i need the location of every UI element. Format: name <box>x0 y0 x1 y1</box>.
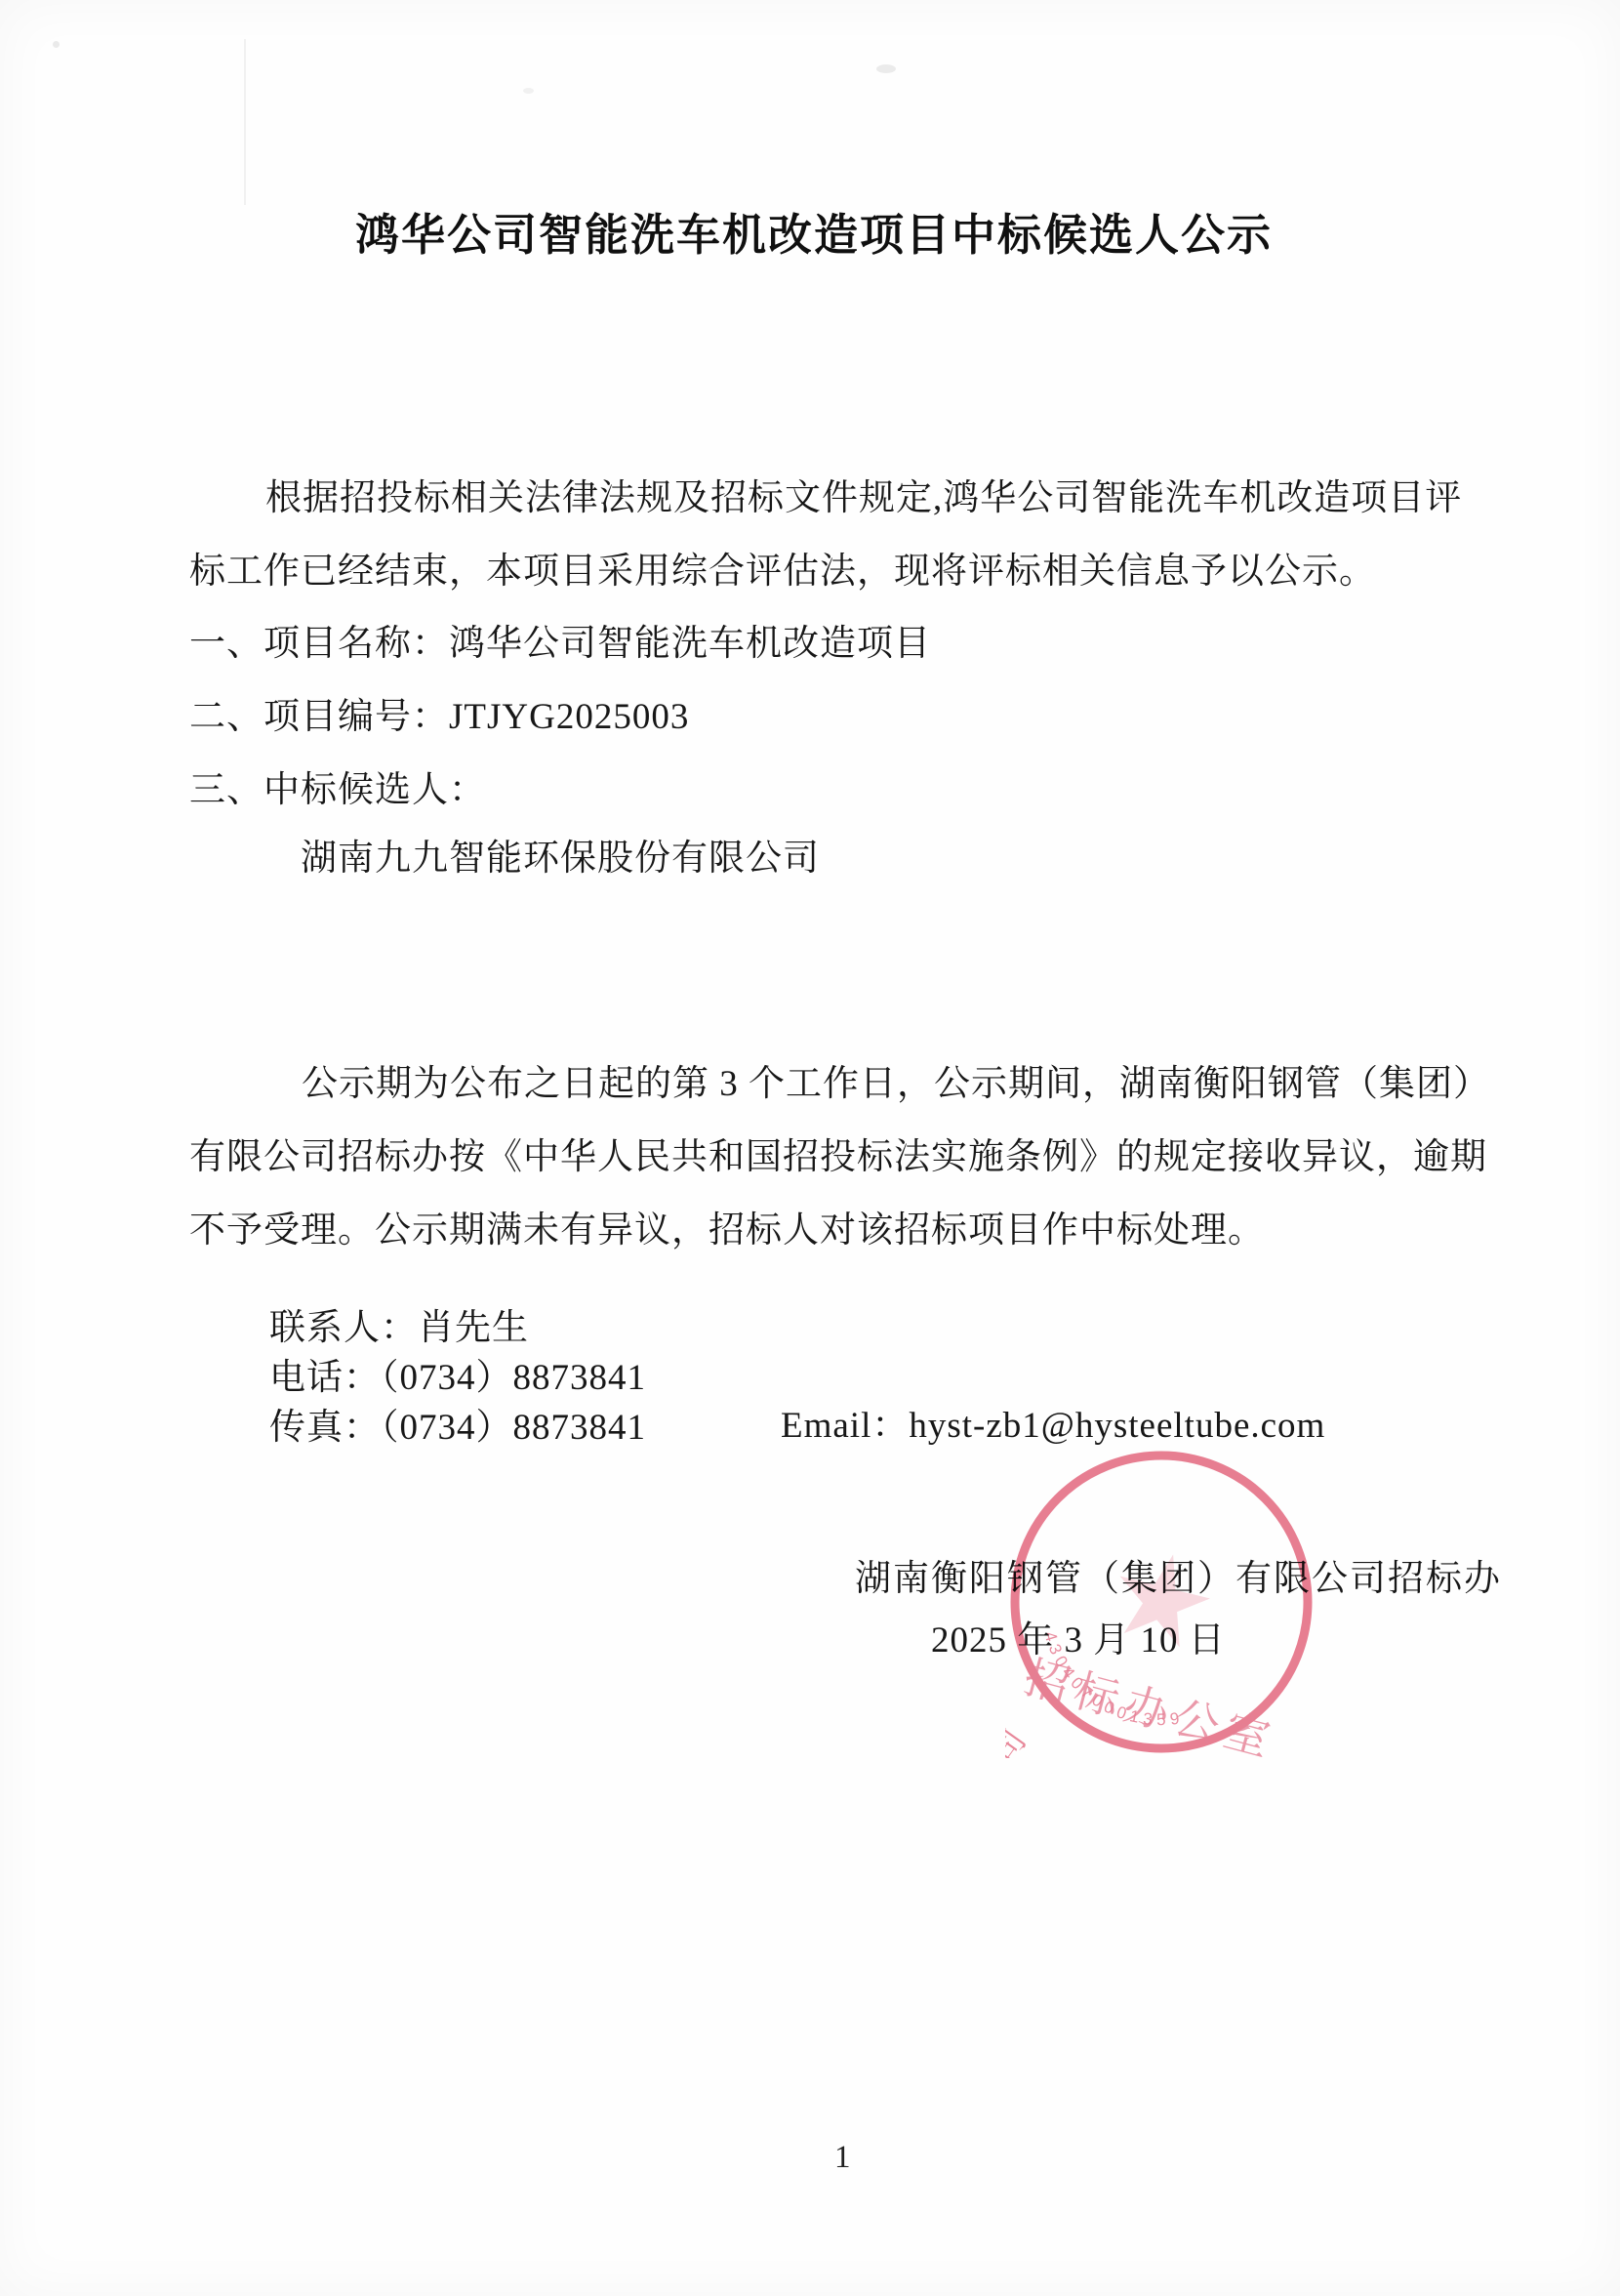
candidate-company: 湖南九九智能环保股份有限公司 <box>301 838 820 881</box>
company-seal: 湖南衡阳钢管(集团)有限公司 4304070001359 招标办公室 <box>1005 1446 1317 1758</box>
scan-artifact <box>876 64 896 73</box>
page-number: 1 <box>834 2140 851 2176</box>
notice-line-3: 不予受理。公示期满未有异议，招标人对该招标项目作中标处理。 <box>189 1209 1265 1252</box>
document-title: 鸿华公司智能洗车机改造项目中标候选人公示 <box>0 199 1620 263</box>
item-project-name: 一、项目名称：鸿华公司智能洗车机改造项目 <box>189 623 931 666</box>
contact-phone: 电话：（0734）8873841 <box>269 1357 646 1400</box>
item-project-number: 二、项目编号：JTJYG2025003 <box>189 696 689 739</box>
seal-office-text: 招标办公室 <box>1019 1651 1281 1758</box>
item-bid-candidates: 三、中标候选人： <box>189 769 486 812</box>
contact-fax: 传真：（0734）8873841 <box>269 1407 646 1450</box>
scanned-document-page: 鸿华公司智能洗车机改造项目中标候选人公示 根据招投标相关法律法规及招标文件规定,… <box>0 0 1620 2296</box>
notice-line-1: 公示期为公布之日起的第 3 个工作日，公示期间，湖南衡阳钢管（集团） <box>302 1063 1490 1106</box>
intro-line-1: 根据招投标相关法律法规及招标文件规定,鸿华公司智能洗车机改造项目评 <box>265 477 1462 520</box>
notice-line-2: 有限公司招标办按《中华人民共和国招投标法实施条例》的规定接收异议，逾期 <box>189 1136 1487 1179</box>
contact-person: 联系人：肖先生 <box>269 1307 529 1350</box>
contact-email: Email：hyst-zb1@hysteeltube.com <box>781 1405 1325 1448</box>
scan-artifact <box>53 41 60 48</box>
scan-artifact <box>523 88 534 94</box>
intro-line-2: 标工作已经结束，本项目采用综合评估法，现将评标相关信息予以公示。 <box>189 551 1376 594</box>
scan-artifact <box>244 39 246 205</box>
seal-star-icon <box>1107 1543 1218 1652</box>
